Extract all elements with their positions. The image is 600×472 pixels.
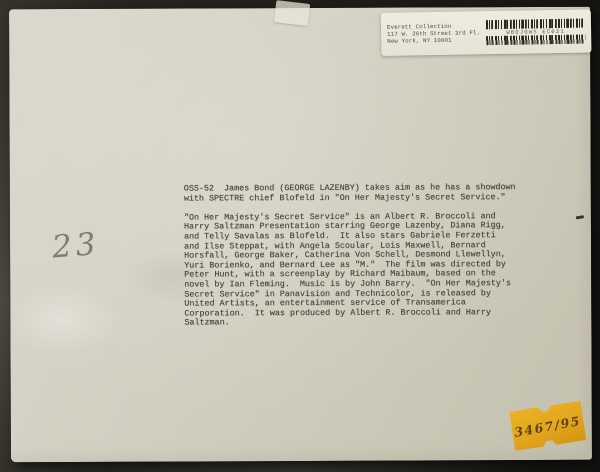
barcode-bars-bottom bbox=[486, 35, 585, 46]
tape-remnant bbox=[274, 0, 310, 26]
collection-city: New York, NY 10001 bbox=[387, 36, 480, 45]
barcode-icon: WBOJGWS EC021 bbox=[486, 19, 585, 46]
collection-address: Everett Collection 117 W. 26th Street 3r… bbox=[387, 22, 480, 45]
photo-back-paper: Everett Collection 117 W. 26th Street 3r… bbox=[9, 7, 592, 463]
caption-text: OSS-52 James Bond (GEORGE LAZENBY) takes… bbox=[184, 183, 516, 328]
paper-speck bbox=[576, 215, 584, 219]
sticker-number: 3467/95 bbox=[513, 413, 582, 440]
price-sticker: 3467/95 bbox=[509, 401, 586, 451]
pencil-number: 23 bbox=[51, 224, 123, 265]
collection-label: Everett Collection 117 W. 26th Street 3r… bbox=[381, 9, 592, 55]
photo-backdrop: Everett Collection 117 W. 26th Street 3r… bbox=[0, 0, 600, 472]
